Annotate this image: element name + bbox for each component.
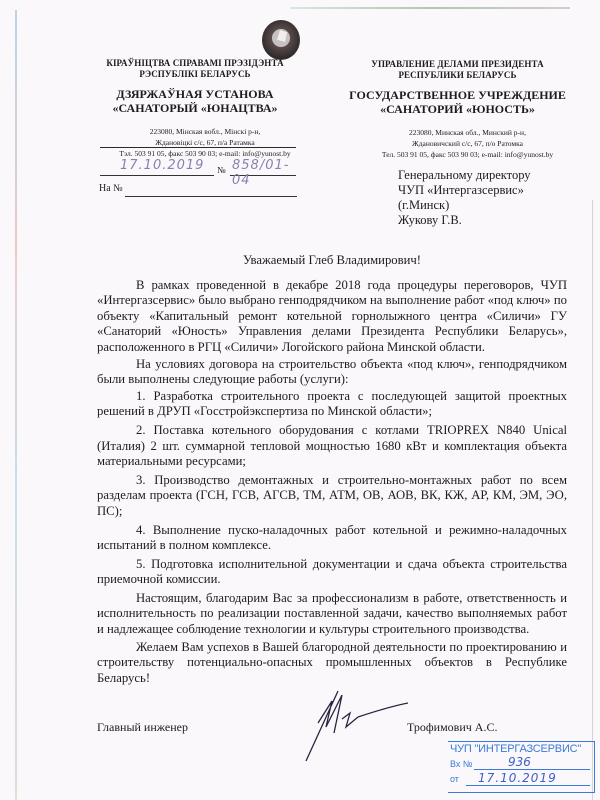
handwritten-signature-icon: [298, 683, 408, 768]
wishes-paragraph: Желаем Вам успехов в Вашей благородной д…: [97, 640, 567, 687]
outgoing-number: 858/01-04: [232, 158, 296, 188]
work-item: 1. Разработка строительного проекта с по…: [97, 389, 567, 420]
gratitude-paragraph: Настоящим, благодарим Вас за профессиона…: [97, 591, 567, 638]
salutation: Уважаемый Глеб Владимирович!: [97, 253, 567, 269]
letterhead-belarusian: КІРАЎНІЦТВА СПРАВАМІ ПРЭЗІДЭНТА РЭСПУБЛІ…: [95, 58, 295, 159]
letter-page: КІРАЎНІЦТВА СПРАВАМІ ПРЭЗІДЭНТА РЭСПУБЛІ…: [0, 0, 600, 800]
scan-edge-left: [15, 10, 17, 800]
work-item: 2. Поставка котельного оборудования с ко…: [97, 423, 567, 470]
ministry-name: УПРАВЛЕНИЕ ДЕЛАМИ ПРЕЗИДЕНТА РЕСПУБЛИКИ …: [345, 59, 570, 81]
outgoing-date: 17.10.2019: [120, 158, 204, 173]
outgoing-number-label: №: [217, 165, 226, 175]
institution-name: ГОСУДАРСТВЕННОЕ УЧРЕЖДЕНИЕ «САНАТОРИЙ «Ю…: [345, 88, 570, 116]
work-item: 4. Выполнение пуско-наладочных работ кот…: [97, 523, 567, 554]
addressee-block: Генеральному директору ЧУП «Интергазсерв…: [398, 168, 531, 228]
letterhead-divider: [100, 147, 296, 148]
ministry-name: КІРАЎНІЦТВА СПРАВАМІ ПРЭЗІДЭНТА РЭСПУБЛІ…: [95, 58, 295, 80]
stamp-organization: ЧУП "ИНТЕРГАЗСЕРВИС": [450, 743, 581, 755]
scan-edge-right: [592, 200, 593, 800]
reply-to-label: На №: [99, 183, 123, 194]
signatory-position: Главный инженер: [97, 720, 188, 735]
scan-edge-top: [290, 7, 570, 9]
letter-body: Уважаемый Глеб Владимирович! В рамках пр…: [97, 253, 567, 687]
stamp-number-label: Вх №: [450, 759, 473, 769]
outgoing-date-field: 17.10.2019: [100, 161, 214, 176]
institution-address: 223080, Минская обл., Минский р-н, Ждано…: [345, 127, 570, 160]
stamp-number: 936: [508, 755, 531, 769]
state-emblem-icon: [262, 20, 300, 60]
stamp-date-label: от: [450, 774, 459, 784]
reply-to-field: [125, 196, 297, 197]
institution-address: 223080, Мінская вобл., Мінскі р-н, Ждано…: [95, 126, 295, 159]
works-intro-paragraph: На условиях договора на строительство об…: [97, 357, 567, 388]
work-item: 5. Подготовка исполнительной документаци…: [97, 557, 567, 588]
institution-name: ДЗЯРЖАЎНАЯ УСТАНОВА «САНАТОРЫЙ «ЮНАЦТВА»: [95, 87, 295, 115]
stamp-date: 17.10.2019: [478, 771, 557, 785]
signatory-name: Трофимович А.С.: [407, 720, 497, 735]
work-item: 3. Производство демонтажных и строительн…: [97, 473, 567, 520]
incoming-registration-stamp: ЧУП "ИНТЕРГАЗСЕРВИС" Вх № 936 от 17.10.2…: [448, 741, 595, 793]
letterhead-russian: УПРАВЛЕНИЕ ДЕЛАМИ ПРЕЗИДЕНТА РЕСПУБЛИКИ …: [345, 59, 570, 160]
intro-paragraph: В рамках проведенной в декабре 2018 года…: [97, 278, 567, 356]
outgoing-number-field: 858/01-04: [230, 161, 296, 176]
